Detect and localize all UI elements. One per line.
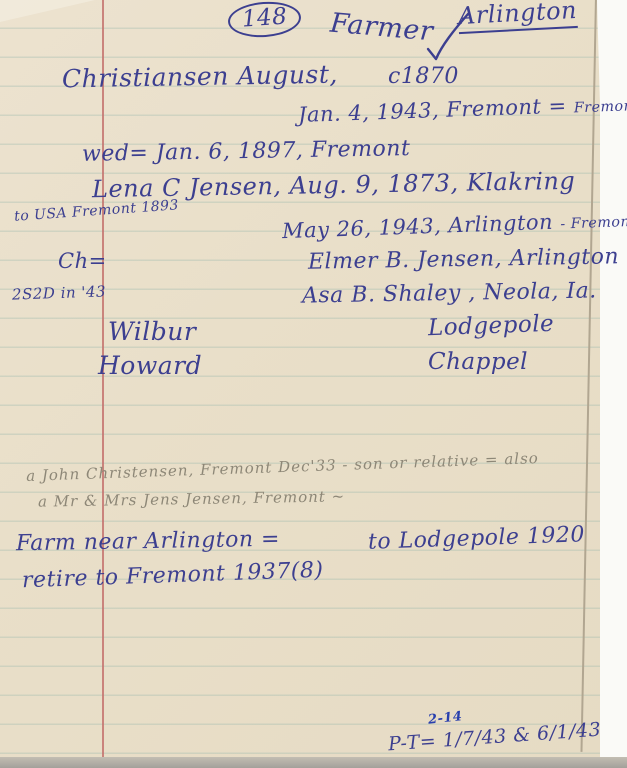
children-label: Ch= <box>58 251 107 272</box>
child-4-place: Chappel <box>428 351 528 374</box>
residence-note: Arlington <box>457 0 577 28</box>
red-margin-line <box>102 0 104 768</box>
marriage-line: wed= Jan. 6, 1897, Fremont <box>82 138 411 166</box>
child-3-place: Lodgepole <box>428 313 555 340</box>
farm-note: Farm near Arlington = <box>16 529 280 556</box>
children-count-note: 2S2D in '43 <box>12 284 107 302</box>
spouse-death-suffix: - Fremont <box>560 214 627 233</box>
page-number-circle: 148 <box>227 0 303 40</box>
death-line-suffix: Fremont <box>574 98 627 116</box>
birth-year: c1870 <box>388 66 459 88</box>
child-4: Howard <box>98 353 202 378</box>
child-1: Elmer B. Jensen, Arlington <box>308 246 619 273</box>
page-number: 148 <box>227 0 303 40</box>
scanned-document: 148 Farmer Arlington Christiansen August… <box>0 0 627 768</box>
child-2: Asa B. Shaley , Neola, Ia. <box>302 280 597 307</box>
name-line: Christiansen August, <box>62 62 338 92</box>
child-3: Wilbur <box>108 319 196 344</box>
source-correction: 2-14 <box>427 710 463 727</box>
paper-bottom-shadow <box>0 757 627 768</box>
